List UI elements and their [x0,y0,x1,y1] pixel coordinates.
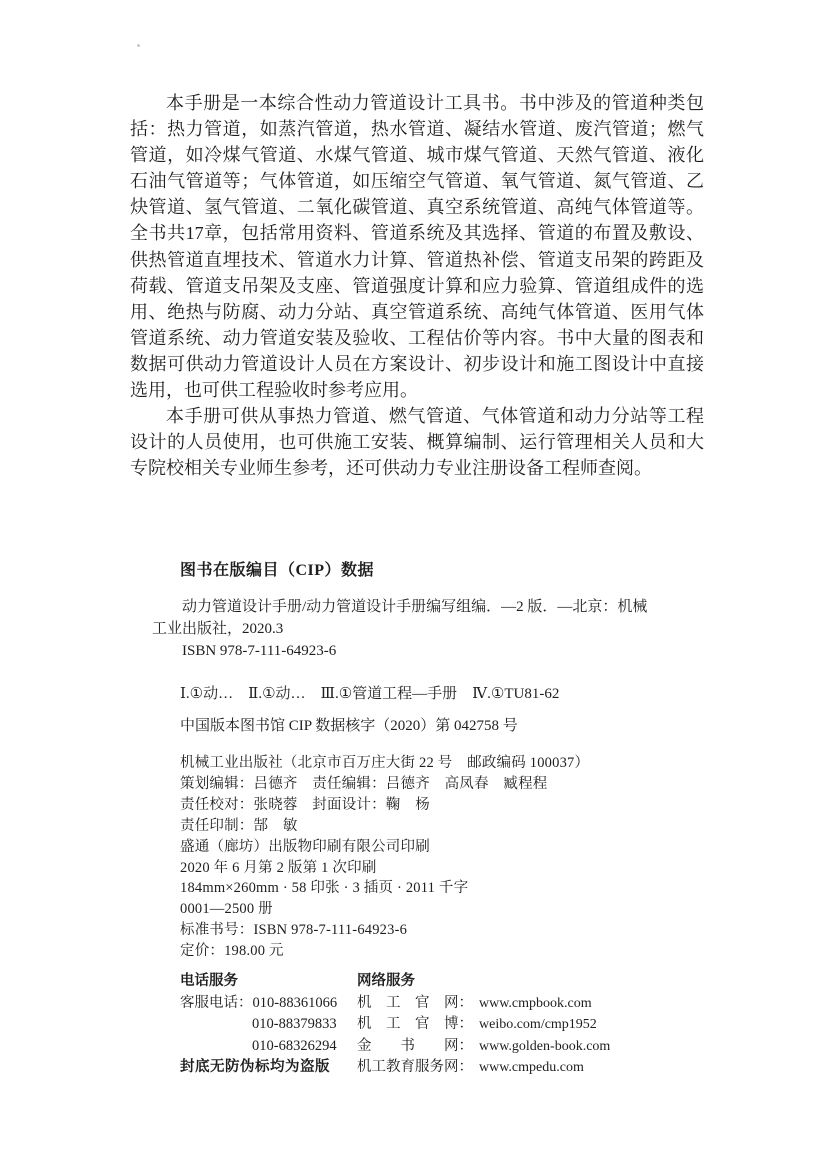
phone-service-row-3: 010-68326294 [180,1036,357,1058]
format-sheets-line: 184mm×260mm · 58 印张 · 3 插页 · 2011 千字 [180,878,589,899]
standard-isbn-line: 标准书号：ISBN 978-7-111-64923-6 [180,920,589,941]
cip-heading: 图书在版编目（CIP）数据 [180,557,374,580]
book-intro: 本手册是一本综合性动力管道设计工具书。书中涉及的管道种类包括：热力管道，如蒸汽管… [130,90,704,481]
price-line: 定价：198.00 元 [180,941,589,962]
printer-line: 盛通（廊坊）出版物印刷有限公司印刷 [180,837,589,858]
phone-number-2: 010-88379833 [252,1016,337,1032]
copyright-page: 本手册是一本综合性动力管道设计工具书。书中涉及的管道种类包括：热力管道，如蒸汽管… [0,0,827,1169]
print-run-line: 0001—2500 册 [180,899,589,920]
editors-line: 策划编辑：吕德齐 责任编辑：吕德齐 高凤春 臧程程 [180,774,589,795]
phone-service-row-2: 010-88379833 [180,1014,357,1036]
network-service-label-1: 机 工 官 网： [357,993,473,1015]
proofreader-designer-line: 责任校对：张晓蓉 封面设计：鞠 杨 [180,795,589,816]
services-block: 电话服务 客服电话：010-88361066 010-88379833 010-… [180,971,610,1079]
cip-record: 动力管道设计手册/动力管道设计手册编写组编．—2 版．—北京：机械 工业出版社，… [152,596,710,662]
cip-classification: Ⅰ.①动… Ⅱ.①动… Ⅲ.①管道工程—手册 Ⅳ.①TU81-62 [180,682,559,703]
print-supervisor-line: 责任印制：郜 敏 [180,816,589,837]
network-service-url-1: www.cmpbook.com [479,996,592,1011]
phone-service-column: 电话服务 客服电话：010-88361066 010-88379833 010-… [180,971,357,1079]
cip-record-line-2: 工业出版社，2020.3 [152,618,710,640]
network-service-heading: 网络服务 [357,971,610,993]
network-service-url-4: www.cmpedu.com [479,1060,584,1075]
publisher-address-line: 机械工业出版社（北京市百万庄大街 22 号 邮政编码 100037） [180,753,589,774]
scan-speck [137,44,140,47]
network-service-url-3: www.golden-book.com [479,1039,610,1054]
intro-paragraph-1: 本手册是一本综合性动力管道设计工具书。书中涉及的管道种类包括：热力管道，如蒸汽管… [130,90,704,403]
network-service-row-2: 机 工 官 博：weibo.com/cmp1952 [357,1014,610,1036]
network-service-label-3: 金 书 网： [357,1036,473,1058]
phone-service-row-1: 客服电话：010-88361066 [180,993,357,1015]
cip-isbn: ISBN 978-7-111-64923-6 [152,640,710,662]
network-service-row-3: 金 书 网：www.golden-book.com [357,1036,610,1058]
anti-piracy-warning: 封底无防伪标均为盗版 [180,1057,357,1079]
network-service-row-1: 机 工 官 网：www.cmpbook.com [357,993,610,1015]
intro-paragraph-2: 本手册可供从事热力管道、燃气管道、气体管道和动力分站等工程设计的人员使用，也可供… [130,403,704,481]
cip-record-line-1: 动力管道设计手册/动力管道设计手册编写组编．—2 版．—北京：机械 [152,596,710,618]
network-service-url-2: weibo.com/cmp1952 [479,1017,597,1032]
network-service-column: 网络服务 机 工 官 网：www.cmpbook.com 机 工 官 博：wei… [357,971,610,1079]
phone-service-heading: 电话服务 [180,971,357,993]
phone-service-label: 客服电话： [180,995,253,1011]
network-service-row-4: 机工教育服务网：www.cmpedu.com [357,1057,610,1079]
network-service-label-2: 机 工 官 博： [357,1014,473,1036]
cip-registry-number: 中国版本图书馆 CIP 数据核字（2020）第 042758 号 [180,714,518,735]
phone-number-1: 010-88361066 [253,995,338,1011]
colophon-block: 机械工业出版社（北京市百万庄大街 22 号 邮政编码 100037） 策划编辑：… [180,753,589,962]
edition-printing-line: 2020 年 6 月第 2 版第 1 次印刷 [180,858,589,879]
network-service-label-4: 机工教育服务网： [357,1057,473,1079]
phone-number-3: 010-68326294 [252,1038,337,1054]
